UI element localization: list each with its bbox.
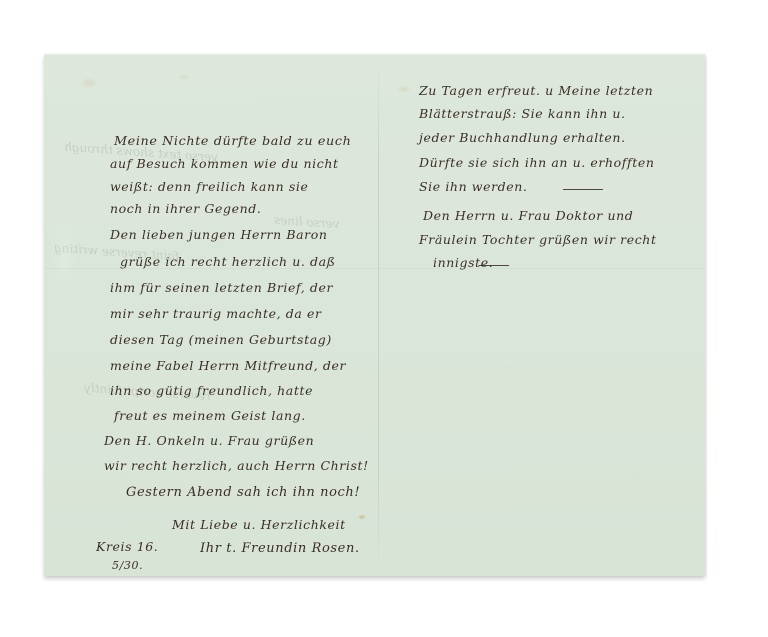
letter-line: Fräulein Tochter grüßen wir recht xyxy=(419,232,657,247)
letter-line: Blätterstrauß: Sie kann ihn u. xyxy=(419,106,626,121)
pen-stroke-dash xyxy=(479,265,509,266)
letter-line: auf Besuch kommen wie du nicht xyxy=(110,156,339,171)
letter-line: freut es meinem Geist lang. xyxy=(114,408,306,423)
letter-line: ihm für seinen letzten Brief, der xyxy=(110,280,333,295)
letter-place-date: Kreis 16. xyxy=(96,539,158,554)
letter-line: ihn so gütig freundlich, hatte xyxy=(110,383,313,398)
right-page: Zu Tagen erfreut. u Meine letzten Blätte… xyxy=(379,55,705,576)
letter-date-number: 5/30. xyxy=(112,559,143,572)
letter-line: jeder Buchhandlung erhalten. xyxy=(419,130,626,145)
letter-sheet: verso text shows through faint reverse w… xyxy=(44,54,705,576)
letter-line: wir recht herzlich, auch Herrn Christ! xyxy=(104,458,369,473)
letter-line: meine Fabel Herrn Mitfreund, der xyxy=(110,358,346,373)
pen-stroke-dash xyxy=(563,189,603,190)
letter-line: Den Herrn u. Frau Doktor und xyxy=(423,208,633,223)
letter-line: Gestern Abend sah ich ihn noch! xyxy=(126,485,360,500)
letter-line: Sie ihn werden. xyxy=(419,179,528,194)
letter-line: weißt: denn freilich kann sie xyxy=(110,179,308,194)
letter-line: noch in ihrer Gegend. xyxy=(110,201,261,216)
letter-line: innigste. xyxy=(433,255,493,270)
letter-line: Dürfte sie sich ihn an u. erhofften xyxy=(419,155,655,170)
photo-background: verso text shows through faint reverse w… xyxy=(0,0,768,637)
letter-line: grüße ich recht herzlich u. daß xyxy=(120,254,336,269)
letter-closing: Mit Liebe u. Herzlichkeit xyxy=(172,517,346,532)
letter-line: Zu Tagen erfreut. u Meine letzten xyxy=(419,83,653,98)
letter-line: Meine Nichte dürfte bald zu euch xyxy=(114,133,351,148)
letter-line: diesen Tag (meinen Geburtstag) xyxy=(110,332,332,347)
letter-signature: Ihr t. Freundin Rosen. xyxy=(200,541,360,556)
left-page: Meine Nichte dürfte bald zu euch auf Bes… xyxy=(44,55,378,576)
letter-line: mir sehr traurig machte, da er xyxy=(110,306,322,321)
letter-line: Den H. Onkeln u. Frau grüßen xyxy=(104,433,314,448)
letter-line: Den lieben jungen Herrn Baron xyxy=(110,227,328,242)
